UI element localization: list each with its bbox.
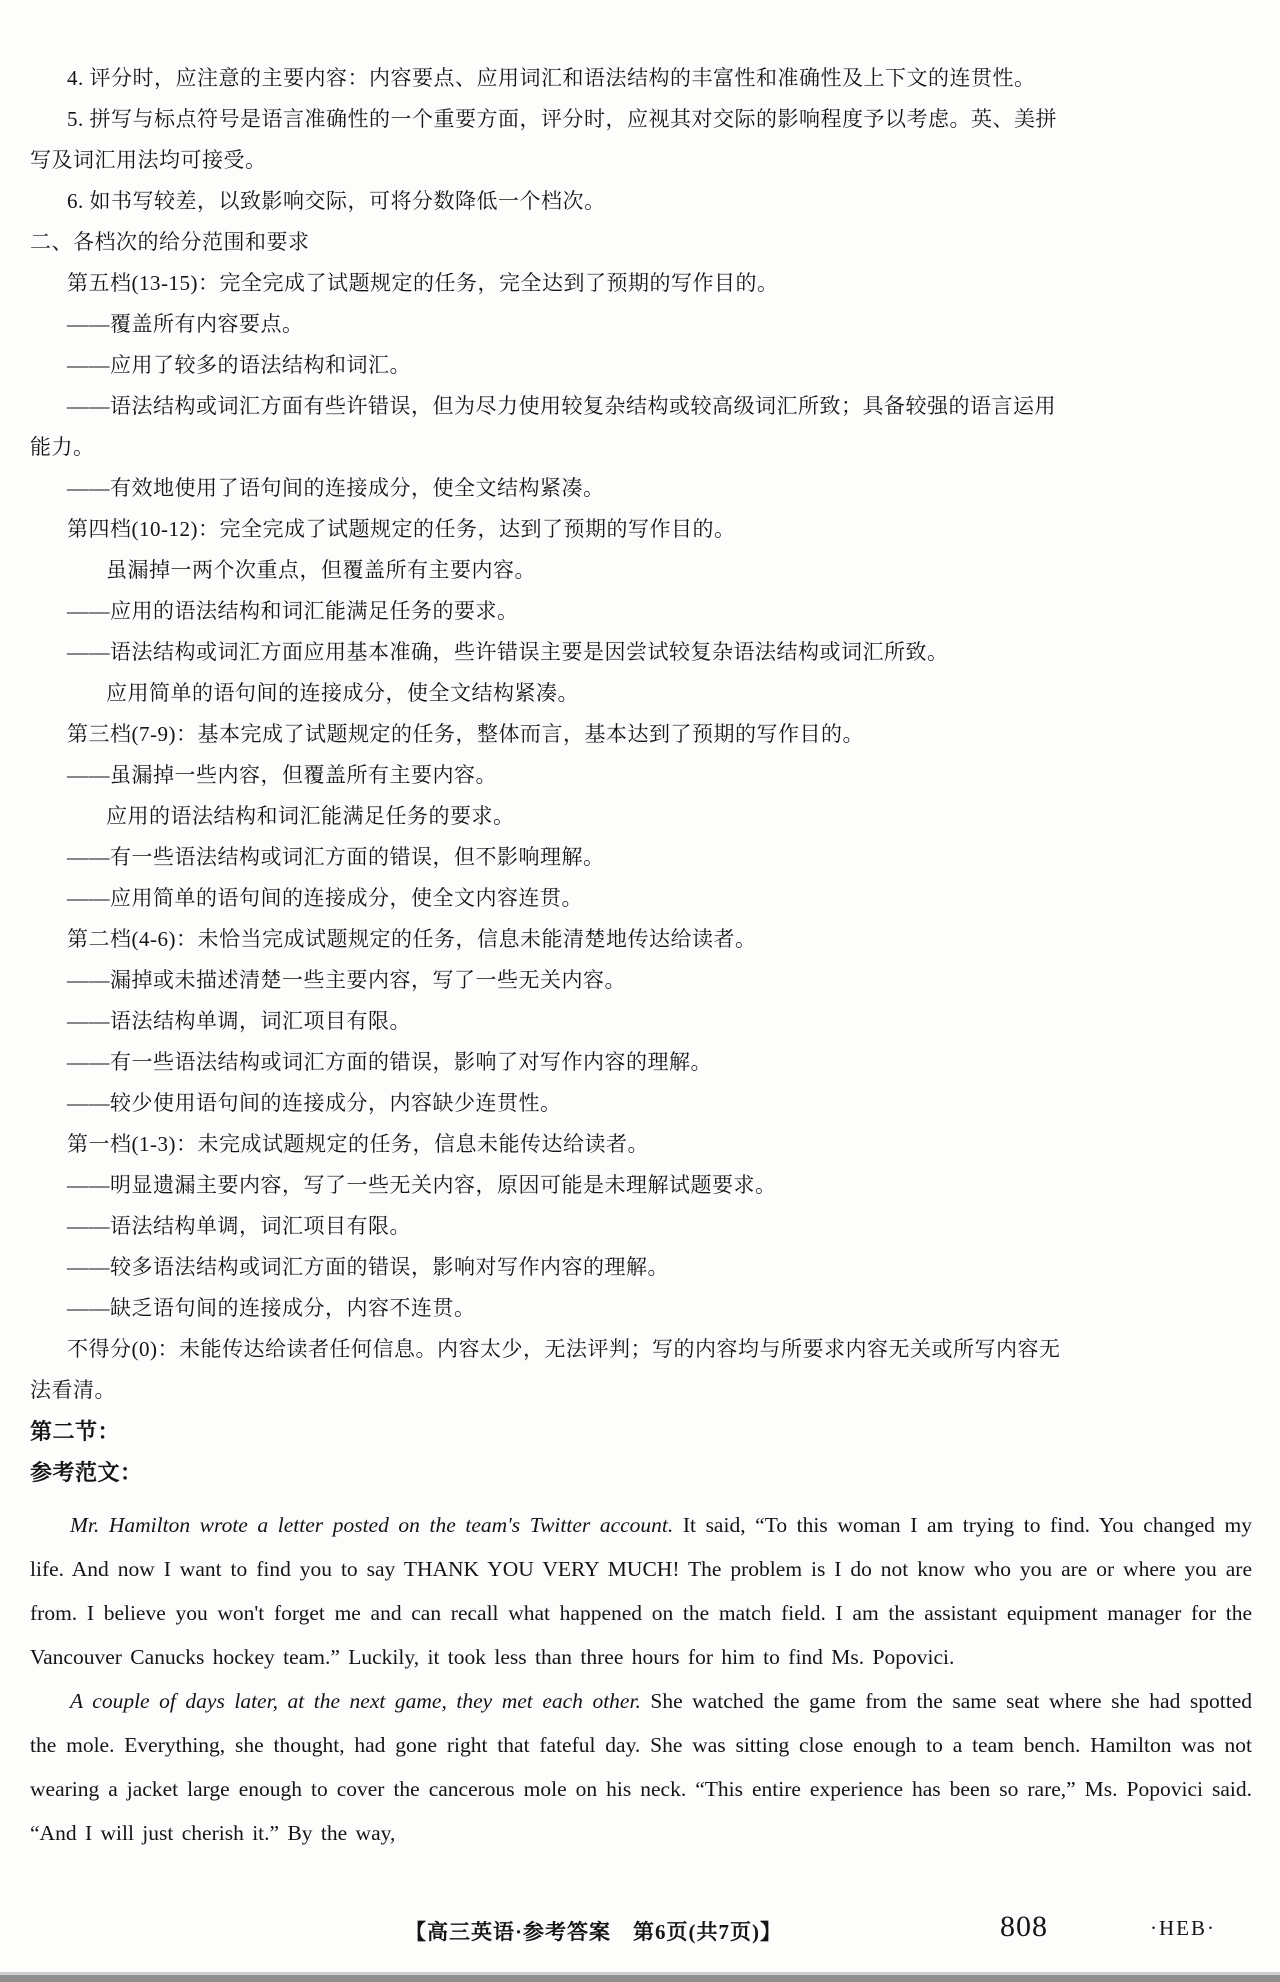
grading-rubric: 4. 评分时，应注意的主要内容：内容要点、应用词汇和语法结构的丰富性和准确性及上… [30,58,1252,1493]
scan-edge [0,1975,1280,1982]
band-criterion: ——语法结构单调，词汇项目有限。 [30,1001,1252,1042]
page-footer: 【高三英语·参考答案 第6页(共7页)】 808 ·HEB· [0,1908,1280,1958]
band-criterion: ——虽漏掉一些内容，但覆盖所有主要内容。 [30,755,1252,796]
band-heading: 第三档(7-9)：基本完成了试题规定的任务，整体而言，基本达到了预期的写作目的。 [30,714,1252,755]
band-criterion: 应用的语法结构和词汇能满足任务的要求。 [30,796,1252,837]
band-criterion: 虽漏掉一两个次重点，但覆盖所有主要内容。 [30,550,1252,591]
footer-edition: ·HEB· [1150,1916,1216,1941]
band-criterion: ——语法结构或词汇方面有些许错误，但为尽力使用较复杂结构或较高级词汇所致；具备较… [30,386,1252,427]
band-heading: 第五档(13-15)：完全完成了试题规定的任务，完全达到了预期的写作目的。 [30,263,1252,304]
band-heading: 第一档(1-3)：未完成试题规定的任务，信息未能传达给读者。 [30,1124,1252,1165]
band-criterion: ——较少使用语句间的连接成分，内容缺少连贯性。 [30,1083,1252,1124]
section-heading: 第二节： [30,1411,1252,1452]
page-content: 4. 评分时，应注意的主要内容：内容要点、应用词汇和语法结构的丰富性和准确性及上… [30,58,1252,1855]
band-criterion: ——漏掉或未描述清楚一些主要内容，写了一些无关内容。 [30,960,1252,1001]
essay-paragraph: A couple of days later, at the next game… [30,1679,1252,1855]
band-heading: 第四档(10-12)：完全完成了试题规定的任务，达到了预期的写作目的。 [30,509,1252,550]
reference-essay: Mr. Hamilton wrote a letter posted on th… [30,1503,1252,1855]
band-criterion: ——覆盖所有内容要点。 [30,304,1252,345]
rubric-note: 4. 评分时，应注意的主要内容：内容要点、应用词汇和语法结构的丰富性和准确性及上… [30,58,1252,99]
band-criterion: ——语法结构单调，词汇项目有限。 [30,1206,1252,1247]
section-heading: 二、各档次的给分范围和要求 [30,222,1252,263]
essay-italic-text: Mr. Hamilton wrote a letter posted on th… [70,1513,673,1537]
band-criterion: ——明显遗漏主要内容，写了一些无关内容，原因可能是未理解试题要求。 [30,1165,1252,1206]
rubric-note-continuation: 写及词汇用法均可接受。 [30,140,1252,181]
band-criterion: ——有一些语法结构或词汇方面的错误，但不影响理解。 [30,837,1252,878]
rubric-note: 5. 拼写与标点符号是语言准确性的一个重要方面，评分时，应视其对交际的影响程度予… [30,99,1252,140]
band-criterion: ——较多语法结构或词汇方面的错误，影响对写作内容的理解。 [30,1247,1252,1288]
section-heading: 参考范文： [30,1452,1252,1493]
band-heading-continuation: 法看清。 [30,1370,1252,1411]
band-heading: 不得分(0)：未能传达给读者任何信息。内容太少，无法评判；写的内容均与所要求内容… [30,1329,1252,1370]
answer-key-page: 4. 评分时，应注意的主要内容：内容要点、应用词汇和语法结构的丰富性和准确性及上… [0,0,1280,1982]
essay-paragraph: Mr. Hamilton wrote a letter posted on th… [30,1503,1252,1679]
band-criterion: 应用简单的语句间的连接成分，使全文结构紧凑。 [30,673,1252,714]
band-criterion: ——应用简单的语句间的连接成分，使全文内容连贯。 [30,878,1252,919]
band-criterion: ——有一些语法结构或词汇方面的错误，影响了对写作内容的理解。 [30,1042,1252,1083]
band-criterion: ——缺乏语句间的连接成分，内容不连贯。 [30,1288,1252,1329]
footer-exam-code: 808 [1000,1910,1048,1944]
footer-citation: 【高三英语·参考答案 第6页(共7页)】 [405,1916,782,1946]
band-criterion: ——有效地使用了语句间的连接成分，使全文结构紧凑。 [30,468,1252,509]
band-criterion: ——应用的语法结构和词汇能满足任务的要求。 [30,591,1252,632]
band-heading: 第二档(4-6)：未恰当完成试题规定的任务，信息未能清楚地传达给读者。 [30,919,1252,960]
band-criterion-continuation: 能力。 [30,427,1252,468]
essay-italic-text: A couple of days later, at the next game… [70,1689,641,1713]
band-criterion: ——应用了较多的语法结构和词汇。 [30,345,1252,386]
rubric-note: 6. 如书写较差，以致影响交际，可将分数降低一个档次。 [30,181,1252,222]
band-criterion: ——语法结构或词汇方面应用基本准确，些许错误主要是因尝试较复杂语法结构或词汇所致… [30,632,1252,673]
